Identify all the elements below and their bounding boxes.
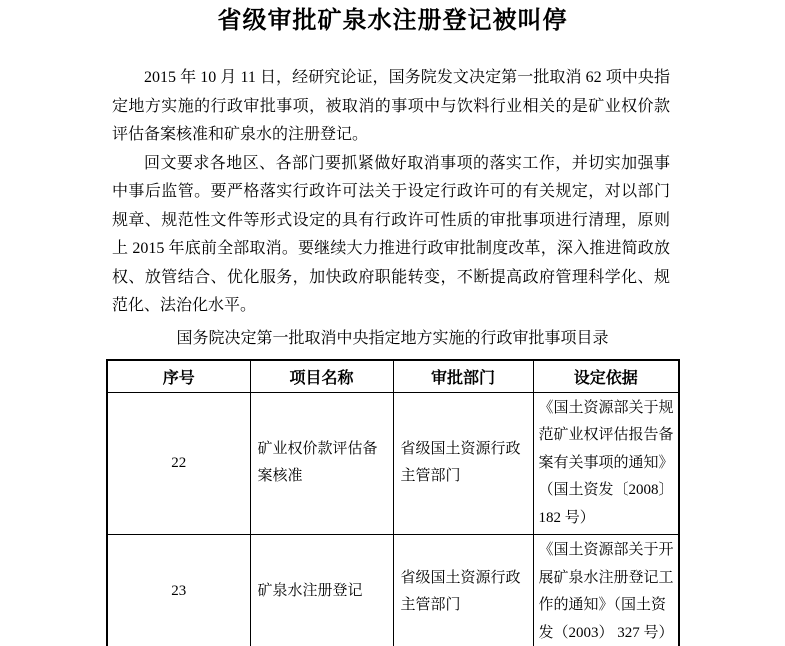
table-row-22: 22 矿业权价款评估备案核准 省级国土资源行政主管部门 《国土资源部关于规范矿业…	[107, 392, 679, 535]
table-caption: 国务院决定第一批取消中央指定地方实施的行政审批事项目录	[0, 328, 785, 350]
header-setting-basis: 设定依据	[533, 360, 679, 393]
paragraph-requirements: 回文要求各地区、各部门要抓紧做好取消事项的落实工作，并切实加强事中事后监管。要严…	[112, 150, 670, 321]
cell-setting-basis: 《国土资源部关于规范矿业权评估报告备案有关事项的通知》（国土资发〔2008〕18…	[533, 392, 679, 535]
document-title: 省级审批矿泉水注册登记被叫停	[0, 6, 785, 36]
cell-approval-department: 省级国土资源行政主管部门	[393, 535, 533, 646]
header-approval-department: 审批部门	[393, 360, 533, 393]
cell-project-name: 矿业权价款评估备案核准	[250, 392, 393, 535]
paragraph-intro: 2015 年 10 月 11 日，经研究论证，国务院发文决定第一批取消 62 项…	[112, 64, 670, 150]
header-serial-number: 序号	[107, 360, 250, 393]
header-project-name: 项目名称	[250, 360, 393, 393]
cell-approval-department: 省级国土资源行政主管部门	[393, 392, 533, 535]
cell-serial-number: 22	[107, 392, 250, 535]
document-body: 2015 年 10 月 11 日，经研究论证，国务院发文决定第一批取消 62 项…	[112, 64, 670, 321]
cell-serial-number: 23	[107, 535, 250, 646]
table-header-row: 序号 项目名称 审批部门 设定依据	[107, 360, 679, 393]
approval-items-table: 序号 项目名称 审批部门 设定依据 22 矿业权价款评估备案核准 省级国土资源行…	[106, 359, 680, 646]
cell-project-name: 矿泉水注册登记	[250, 535, 393, 646]
cell-setting-basis: 《国土资源部关于开展矿泉水注册登记工作的通知》（国土资发（2003） 327 号…	[533, 535, 679, 646]
table-row-23: 23 矿泉水注册登记 省级国土资源行政主管部门 《国土资源部关于开展矿泉水注册登…	[107, 535, 679, 646]
